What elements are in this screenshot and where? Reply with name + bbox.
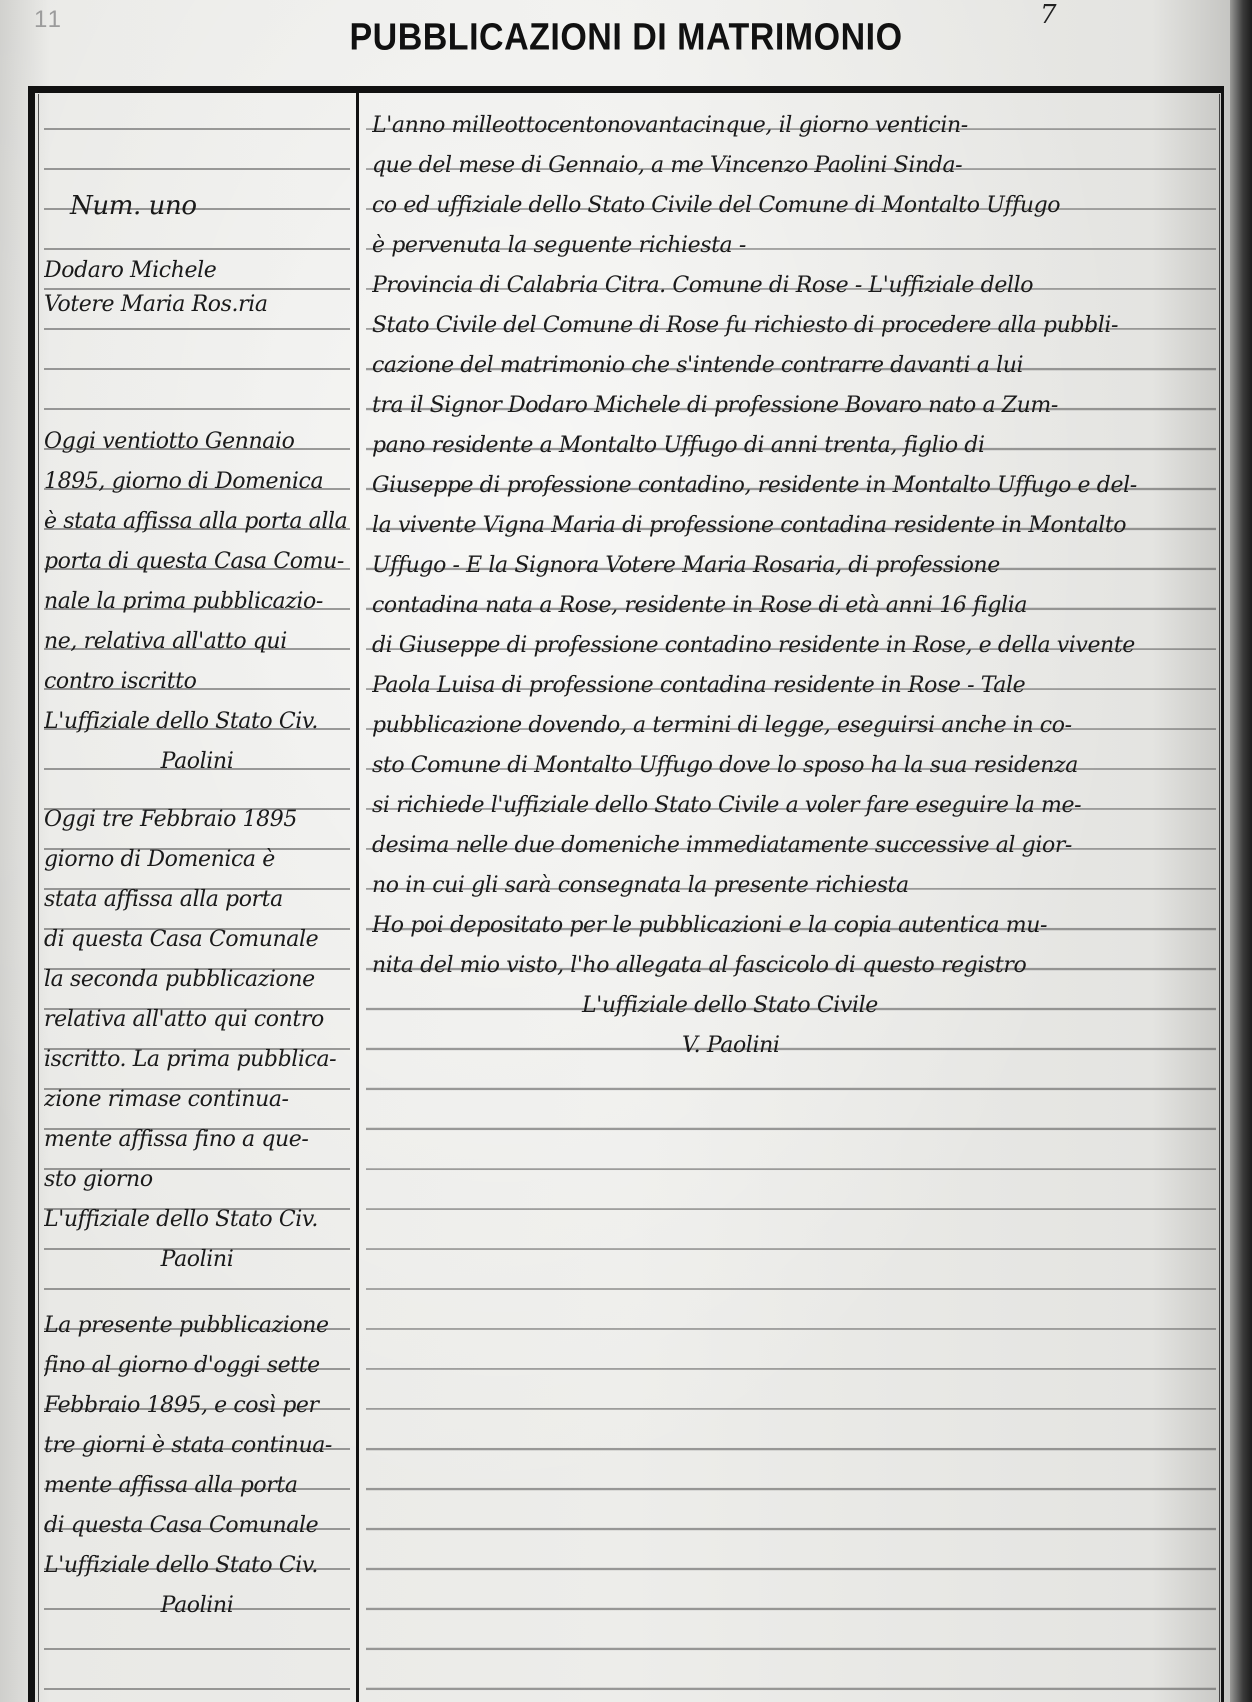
text-line: Giuseppe di professione contadino, resid… — [372, 466, 1214, 506]
text-line: tra il Signor Dodaro Michele di professi… — [372, 386, 1214, 426]
text-line: la vivente Vigna Maria di professione co… — [372, 506, 1214, 546]
text-line: Ho poi depositato per le pubblicazioni e… — [372, 906, 1214, 946]
text-line: Provincia di Calabria Citra. Comune di R… — [372, 266, 1214, 306]
text-line: è pervenuta la seguente richiesta - — [372, 226, 1214, 266]
signature-title: L'uffiziale dello Stato Civile — [372, 986, 1214, 1026]
text-line: desima nelle due domeniche immediatament… — [372, 826, 1214, 866]
officer-signature: Paolini — [44, 1586, 350, 1626]
signature-name: V. Paolini — [372, 1026, 1214, 1066]
bride-name: Votere Maria Ros.ria — [44, 288, 350, 322]
text-line: Paola Luisa di professione contadina res… — [372, 666, 1214, 706]
text-line: pubblicazione dovendo, a termini di legg… — [372, 706, 1214, 746]
column-divider — [356, 93, 359, 1702]
text-line: pano residente a Montalto Uffugo di anni… — [372, 426, 1214, 466]
second-publication-note: Oggi tre Febbraio 1895 giorno di Domenic… — [44, 800, 350, 1280]
frame-inner-rule-left — [38, 94, 39, 1702]
text-line: L'anno milleottocentonovantacinque, il g… — [372, 106, 1214, 146]
page-title: PUBBLICAZIONI DI MATRIMONIO — [0, 16, 1252, 60]
text-line: que del mese di Gennaio, a me Vincenzo P… — [372, 146, 1214, 186]
text-line: Stato Civile del Comune di Rose fu richi… — [372, 306, 1214, 346]
text-line: sto Comune di Montalto Uffugo dove lo sp… — [372, 746, 1214, 786]
text-line: co ed uffiziale dello Stato Civile del C… — [372, 186, 1214, 226]
officer-title: L'uffiziale dello Stato Civ. — [44, 702, 350, 742]
officer-signature: Paolini — [44, 1240, 350, 1280]
officer-title: L'uffiziale dello Stato Civ. — [44, 1546, 350, 1586]
text-line: nita del mio visto, l'ho allegata al fas… — [372, 946, 1214, 986]
binding-edge — [1230, 0, 1252, 1702]
record-header: Num. uno Dodaro Michele Votere Maria Ros… — [44, 186, 350, 322]
groom-name: Dodaro Michele — [44, 254, 350, 288]
frame-inner-rule-right — [1219, 94, 1220, 1702]
text-line: no in cui gli sarà consegnata la present… — [372, 866, 1214, 906]
officer-title: L'uffiziale dello Stato Civ. — [44, 1200, 350, 1240]
text-line: cazione del matrimonio che s'intende con… — [372, 346, 1214, 386]
record-number: Num. uno — [44, 186, 350, 226]
first-publication-note: Oggi ventiotto Gennaio 1895, giorno di D… — [44, 422, 350, 782]
text-line: contadina nata a Rose, residente in Rose… — [372, 586, 1214, 626]
closing-note: La presente pubblicazione fino al giorno… — [44, 1306, 350, 1626]
text-line: Uffugo - E la Signora Votere Maria Rosar… — [372, 546, 1214, 586]
text-line: di Giuseppe di professione contadino res… — [372, 626, 1214, 666]
officer-signature: Paolini — [44, 742, 350, 782]
marriage-publication-text: L'anno milleottocentonovantacinque, il g… — [372, 106, 1214, 1066]
text-line: si richiede l'uffiziale dello Stato Civi… — [372, 786, 1214, 826]
